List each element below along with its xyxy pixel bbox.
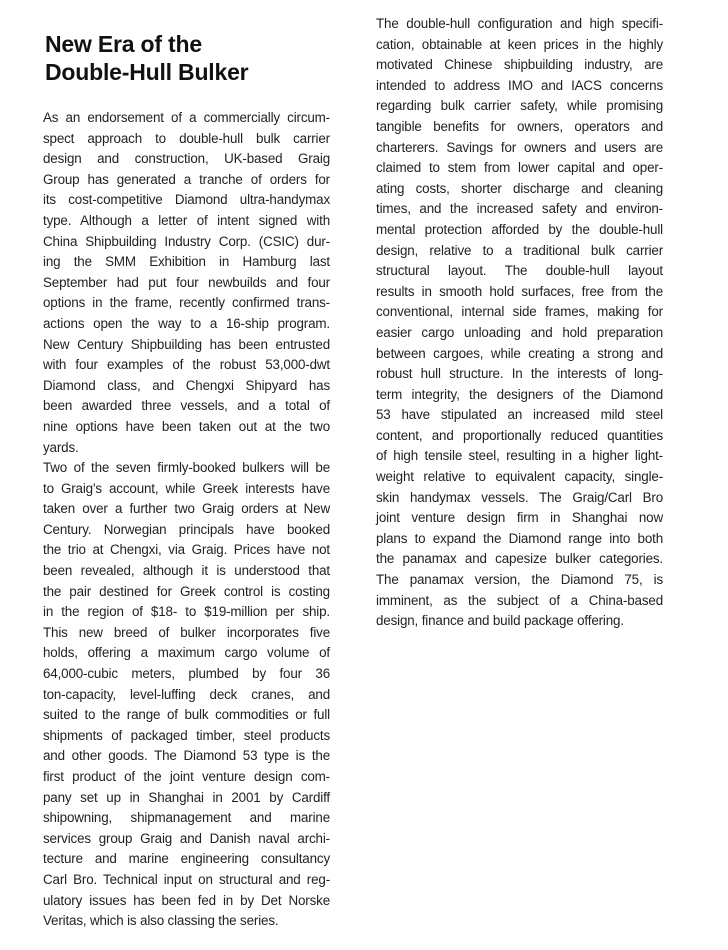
- text-line: taken over a further two Graig orders at…: [43, 499, 330, 520]
- left-paragraph-2: Two of the seven firmly-booked bulkers w…: [43, 458, 330, 932]
- text-line: structural layout. The double-hull layou…: [376, 261, 663, 282]
- text-line: cation, obtainable at keen prices in the…: [376, 35, 663, 56]
- text-line: its cost-competitive Diamond ultra-handy…: [43, 190, 330, 211]
- text-line: the trio at Chengxi, via Graig. Prices h…: [43, 540, 330, 561]
- text-line: imminent, as the subject of a China-base…: [376, 591, 663, 612]
- text-line: charterers. Savings for owners and users…: [376, 138, 663, 159]
- text-line: of high tensile steel, resulting in a hi…: [376, 446, 663, 467]
- text-line: ton-capacity, level-luffing deck cranes,…: [43, 685, 330, 706]
- text-line: yards.: [43, 438, 330, 459]
- text-line: robust hull structure. In the interests …: [376, 364, 663, 385]
- text-line: claimed to stem from lower capital and o…: [376, 158, 663, 179]
- text-line: New Century Shipbuilding has been entrus…: [43, 335, 330, 356]
- text-line: weight relative to equivalent capacity, …: [376, 467, 663, 488]
- text-line: motivated Chinese shipbuilding industry,…: [376, 55, 663, 76]
- text-line: pany set up in Shanghai in 2001 by Cardi…: [43, 788, 330, 809]
- text-line: in the region of $18- to $19-million per…: [43, 602, 330, 623]
- text-line: type. Although a letter of intent signed…: [43, 211, 330, 232]
- text-line: the pair destined for Greek control is c…: [43, 582, 330, 603]
- text-line: ing the SMM Exhibition in Hamburg last: [43, 252, 330, 273]
- text-line: tangible benefits for owners, operators …: [376, 117, 663, 138]
- text-line: 53 have stipulated an increased mild ste…: [376, 405, 663, 426]
- text-line: joint venture design firm in Shanghai no…: [376, 508, 663, 529]
- text-line: tecture and marine engineering consultan…: [43, 849, 330, 870]
- text-line: The panamax version, the Diamond 75, is: [376, 570, 663, 591]
- text-line: 64,000-cubic meters, plumbed by four 36: [43, 664, 330, 685]
- text-line: China Shipbuilding Industry Corp. (CSIC)…: [43, 232, 330, 253]
- text-line: ating costs, shorter discharge and clean…: [376, 179, 663, 200]
- text-line: times, and the increased safety and envi…: [376, 199, 663, 220]
- text-line: The double-hull configuration and high s…: [376, 14, 663, 35]
- text-line: ulatory issues has been fed in by Det No…: [43, 891, 330, 912]
- text-line: spect approach to double-hull bulk carri…: [43, 129, 330, 150]
- text-line: easier cargo unloading and hold preparat…: [376, 323, 663, 344]
- text-line: with four examples of the robust 53,000-…: [43, 355, 330, 376]
- text-line: September had put four newbuilds and fou…: [43, 273, 330, 294]
- text-line: content, and proportionally reduced quan…: [376, 426, 663, 447]
- text-line: Veritas, which is also classing the seri…: [43, 911, 330, 932]
- text-line: term integrity, the designers of the Dia…: [376, 385, 663, 406]
- text-line: intended to address IMO and IACS concern…: [376, 76, 663, 97]
- text-line: options in the frame, recently confirmed…: [43, 293, 330, 314]
- text-line: been awarded three vessels, and a total …: [43, 396, 330, 417]
- text-line: between cargoes, while creating a strong…: [376, 344, 663, 365]
- text-line: design and construction, UK-based Graig: [43, 149, 330, 170]
- left-paragraph-1: As an endorsement of a commercially circ…: [43, 108, 330, 458]
- article-title: New Era of the Double-Hull Bulker: [45, 30, 330, 86]
- text-line: Group has generated a tranche of orders …: [43, 170, 330, 191]
- text-line: services group Graig and Danish naval ar…: [43, 829, 330, 850]
- text-line: This new breed of bulker incorporates fi…: [43, 623, 330, 644]
- text-line: first product of the joint venture desig…: [43, 767, 330, 788]
- text-line: shipments of packaged timber, steel prod…: [43, 726, 330, 747]
- text-line: been revealed, although it is understood…: [43, 561, 330, 582]
- right-column: The double-hull configuration and high s…: [376, 14, 663, 632]
- text-line: skin handymax vessels. The Graig/Carl Br…: [376, 488, 663, 509]
- text-line: the panamax and capesize bulker categori…: [376, 549, 663, 570]
- text-line: As an endorsement of a commercially circ…: [43, 108, 330, 129]
- text-line: design, relative to a traditional bulk c…: [376, 241, 663, 262]
- text-line: regarding bulk carrier safety, while pro…: [376, 96, 663, 117]
- text-line: to Graig's account, while Greek interest…: [43, 479, 330, 500]
- title-line-2: Double-Hull Bulker: [45, 58, 330, 86]
- text-line: plans to expand the Diamond range into b…: [376, 529, 663, 550]
- title-line-1: New Era of the: [45, 30, 330, 58]
- text-line: Century. Norwegian principals have booke…: [43, 520, 330, 541]
- text-line: Carl Bro. Technical input on structural …: [43, 870, 330, 891]
- text-line: mental protection afforded by the double…: [376, 220, 663, 241]
- left-column: New Era of the Double-Hull Bulker As an …: [43, 30, 330, 932]
- text-line: Two of the seven firmly-booked bulkers w…: [43, 458, 330, 479]
- text-line: and other goods. The Diamond 53 type is …: [43, 746, 330, 767]
- text-line: suited to the range of bulk commodities …: [43, 705, 330, 726]
- text-line: actions open the way to a 16-ship progra…: [43, 314, 330, 335]
- text-line: shipowning, shipmanagement and marine: [43, 808, 330, 829]
- right-paragraph-1: The double-hull configuration and high s…: [376, 14, 663, 632]
- text-line: conventional, internal side frames, maki…: [376, 302, 663, 323]
- text-line: Diamond class, and Chengxi Shipyard has: [43, 376, 330, 397]
- text-line: design, finance and build package offeri…: [376, 611, 663, 632]
- text-line: nine options have been taken out at the …: [43, 417, 330, 438]
- text-line: results in smooth hold surfaces, free fr…: [376, 282, 663, 303]
- text-line: holds, offering a maximum cargo volume o…: [43, 643, 330, 664]
